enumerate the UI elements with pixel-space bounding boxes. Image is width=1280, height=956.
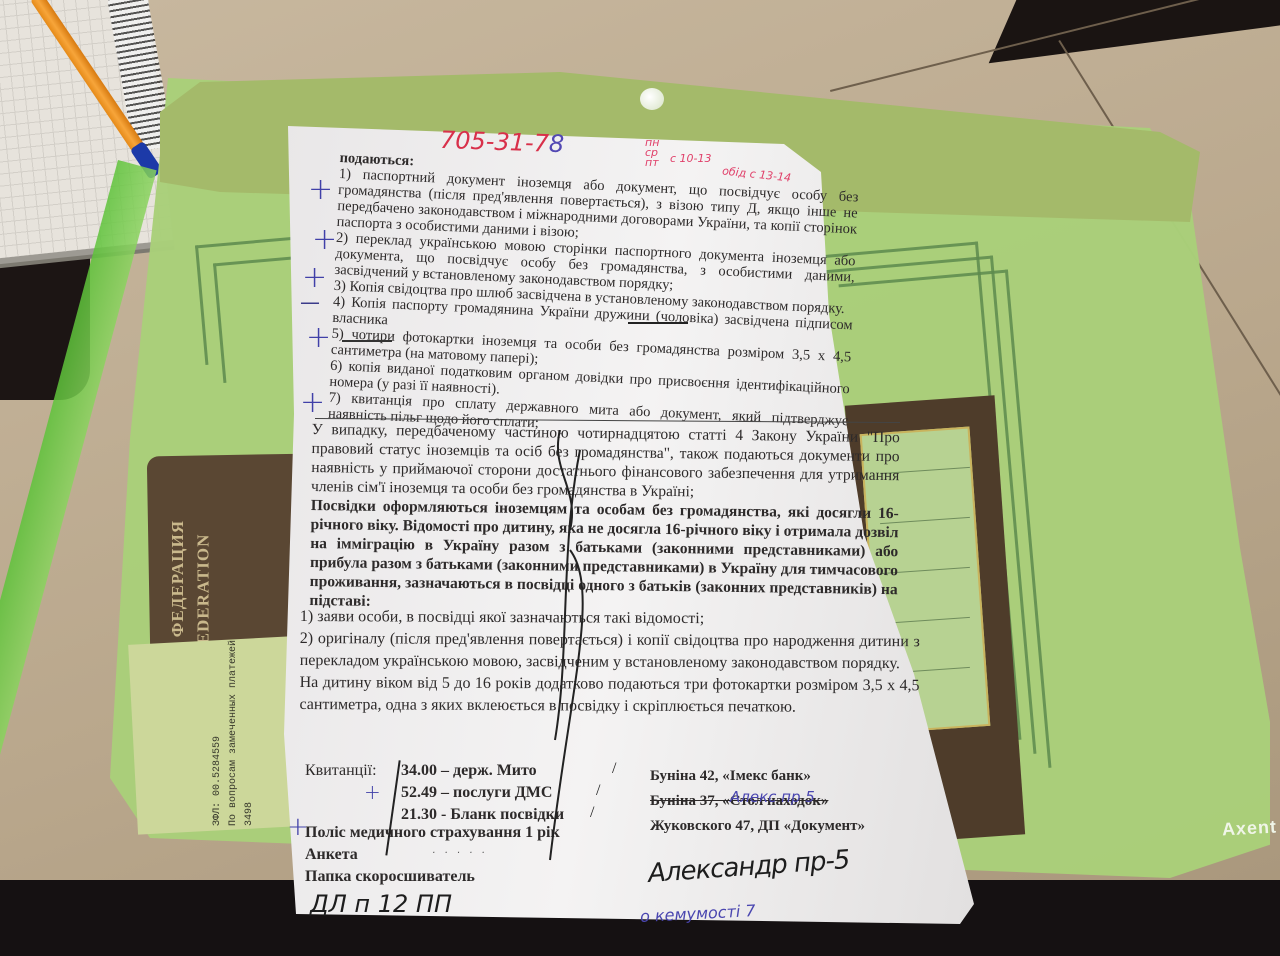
handwritten-pen-stroke [530,430,650,930]
receipt-line: 3498 [242,640,258,826]
fee-amount: 34.00 [401,760,437,782]
fees-label: Квитанції: [305,760,397,782]
phone-red: 705-31-7 [440,126,550,158]
folder-snap-button [640,88,664,110]
address-line: Жуковского 47, ДП «Документ» [650,814,865,839]
passport-line: Я ФЕДЕРАЦИЯ [165,520,191,656]
fee-desc: – держ. Мито [441,760,537,782]
handwritten-underline [342,340,392,342]
handwritten-note: Алекс пр 5 [730,788,815,806]
folder-brand-logo: Axent [1221,817,1277,841]
handwritten-underline [628,322,688,324]
extra-item: Папка скоросшиватель [305,866,560,888]
receipt-line: ЗФЛ: 00.5284559 [210,640,226,826]
handwritten-dots: · · · · · [432,848,488,859]
handwritten-hours: с 10-13 [670,152,712,165]
requirements-list: подаються: 1) паспортний документ інозем… [328,150,860,445]
address-line: Буніна 42, «Імекс банк» [650,764,865,789]
passport-cover-text: Я ФЕДЕРАЦИЯ FEDERATION [165,520,216,656]
handwritten-plus: + [308,172,333,207]
extra-item: Поліс медичного страхування 1 рік [305,822,560,844]
handwritten-phone: 705-31-78 [440,126,565,158]
handwritten-plus: + [306,320,331,355]
passport-line: FEDERATION [191,520,217,656]
handwritten-plus: + [287,812,309,842]
handwritten-note: ДЛ п 12 ПП [310,890,452,918]
fees-label-spacer [305,782,397,804]
handwritten-plus: + [364,780,381,804]
handwritten-plus: + [312,222,337,257]
handwritten-plus: + [300,385,325,420]
phone-blue-digit: 8 [548,130,564,159]
receipt-text: ЗФЛ: 00.5284559 По вопросам замеченных п… [210,640,258,826]
fee-amount: 52.49 [401,782,437,804]
receipt-line: По вопросам замеченных платежей [226,640,242,826]
handwritten-dash: — [300,290,320,314]
